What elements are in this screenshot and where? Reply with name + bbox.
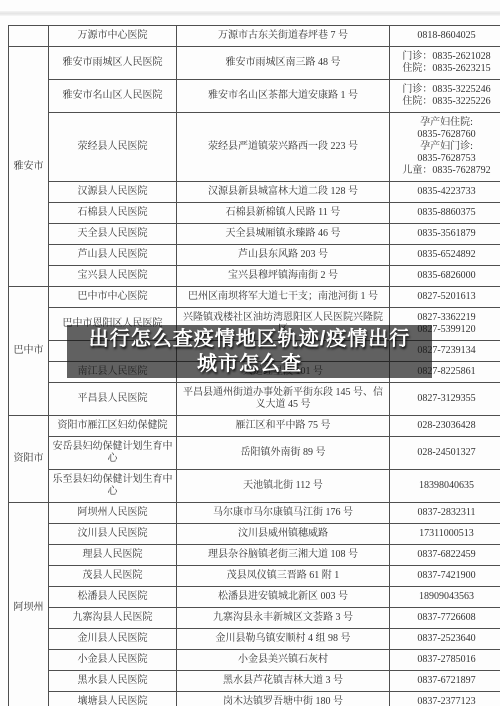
address-cell: 巴州区南坝将军大道七干支；南池河街 1 号 <box>177 287 390 308</box>
phone-line: 0835-3561879 <box>392 228 500 240</box>
phone-line: 0837-6822459 <box>392 549 500 561</box>
phone-line: 0827-3129355 <box>392 393 500 405</box>
table-row: 汶川县人民医院汶川县威州镇穗威路17311000513 <box>9 524 500 545</box>
phone-line: 门诊：0835-2621028 <box>392 51 500 63</box>
phone-line: 18909043563 <box>392 591 500 603</box>
phone-cell: 0835-3561879 <box>390 224 500 245</box>
address-cell: 金川县勒乌镇安顺村 4 组 98 号 <box>177 629 390 650</box>
phone-line: 0837-6721897 <box>392 675 500 687</box>
phone-line: 0835-7628753 <box>392 153 500 165</box>
phone-cell: 0835-6826000 <box>390 266 500 287</box>
table-row: 万源市中心医院万源市古东关街道春坪巷 7 号0818-8604025 <box>9 26 500 47</box>
address-cell: 雁江区和平中路 75 号 <box>177 416 390 437</box>
phone-line: 0835-6826000 <box>392 270 500 282</box>
table-row: 小金县人民医院小金县美兴镇石灰村0837-2785016 <box>9 650 500 671</box>
phone-line: 0827-5201613 <box>392 291 500 303</box>
hospital-name-cell: 巴中市中心医院 <box>49 287 177 308</box>
hospital-name-cell: 黑水县人民医院 <box>49 671 177 692</box>
phone-line: 0835-4223733 <box>392 186 500 198</box>
hospital-name-cell: 九寨沟县人民医院 <box>49 608 177 629</box>
region-cell: 资阳市 <box>9 416 49 503</box>
address-cell: 雅安市名山区茶都大道安康路 1 号 <box>177 80 390 113</box>
address-cell: 荥经县严道镇荥兴路西一段 223 号 <box>177 113 390 182</box>
region-cell <box>9 26 49 47</box>
address-cell: 九寨沟县永丰新城区文荟路 3 号 <box>177 608 390 629</box>
phone-line: 0837-2377123 <box>392 696 500 706</box>
phone-cell: 0835-6524892 <box>390 245 500 266</box>
phone-line: 0837-2832311 <box>392 507 500 519</box>
hospital-name-cell: 石棉县人民医院 <box>49 203 177 224</box>
table-row: 巴中市巴中市中心医院巴州区南坝将军大道七干支；南池河街 1 号0827-5201… <box>9 287 500 308</box>
phone-cell: 0837-2377123 <box>390 692 500 706</box>
address-cell: 万源市古东关街道春坪巷 7 号 <box>177 26 390 47</box>
address-cell: 天池镇北街 112 号 <box>177 470 390 503</box>
phone-cell: 0818-8604025 <box>390 26 500 47</box>
phone-cell: 0837-2832311 <box>390 503 500 524</box>
phone-cell: 17311000513 <box>390 524 500 545</box>
region-cell: 阿坝州 <box>9 503 49 706</box>
hospital-name-cell: 阿坝州人民医院 <box>49 503 177 524</box>
caption-line-2: 城市怎么查 <box>67 352 432 377</box>
table-row: 理县人民医院理县杂谷脑镇老街三湘大道 108 号0837-6822459 <box>9 545 500 566</box>
phone-cell: 0835-4223733 <box>390 182 500 203</box>
address-cell: 宝兴县穆坪镇海南街 2 号 <box>177 266 390 287</box>
address-cell: 茂县凤仪镇三晋路 61 附 1 <box>177 566 390 587</box>
table-row: 芦山县人民医院芦山县东风路 203 号0835-6524892 <box>9 245 500 266</box>
phone-line: 住院：0835-3225226 <box>392 96 500 108</box>
phone-cell: 门诊：0835-3225246住院：0835-3225226 <box>390 80 500 113</box>
table-row: 茂县人民医院茂县凤仪镇三晋路 61 附 10837-7421900 <box>9 566 500 587</box>
phone-cell: 028-23036428 <box>390 416 500 437</box>
phone-line: 0837-2785016 <box>392 654 500 666</box>
hospital-name-cell: 雅安市名山区人民医院 <box>49 80 177 113</box>
table-row: 黑水县人民医院黑水县芦花镇吉林大道 3 号0837-6721897 <box>9 671 500 692</box>
address-cell: 平昌县通州街道办事处新平街东段 145 号、信义大道 45 号 <box>177 383 390 416</box>
phone-line: 0835-7628760 <box>392 129 500 141</box>
phone-line: 028-24501327 <box>392 447 500 459</box>
hospital-name-cell: 安岳县妇幼保健计划生育中心 <box>49 437 177 470</box>
phone-line: 0827-3362219 <box>392 312 500 324</box>
address-cell: 马尔康市马尔康镇马江街 176 号 <box>177 503 390 524</box>
phone-line: 0837-2523640 <box>392 633 500 645</box>
phone-cell: 0837-2785016 <box>390 650 500 671</box>
table-row: 松潘县人民医院松潘县进安镇城北新区 003 号18909043563 <box>9 587 500 608</box>
address-cell: 天全县城厢镇永臻路 46 号 <box>177 224 390 245</box>
table-row: 雅安市名山区人民医院雅安市名山区茶都大道安康路 1 号门诊：0835-32252… <box>9 80 500 113</box>
hospital-name-cell: 汉源县人民医院 <box>49 182 177 203</box>
region-cell: 雅安市 <box>9 47 49 287</box>
phone-cell: 18398040635 <box>390 470 500 503</box>
page-top-edge-smudge <box>0 11 500 16</box>
table-row: 石棉县人民医院石棉县新棉镇人民路 11 号0835-8860375 <box>9 203 500 224</box>
address-cell: 芦山县东风路 203 号 <box>177 245 390 266</box>
phone-cell: 孕产妇住院:0835-7628760孕产妇门诊:0835-7628753儿童：0… <box>390 113 500 182</box>
hospital-name-cell: 宝兴县人民医院 <box>49 266 177 287</box>
hospital-name-cell: 理县人民医院 <box>49 545 177 566</box>
hospital-name-cell: 万源市中心医院 <box>49 26 177 47</box>
phone-cell: 0837-6822459 <box>390 545 500 566</box>
table-row: 壤塘县人民医院岗木达镇罗吾塘中街 180 号0837-2377123 <box>9 692 500 706</box>
phone-line: 儿童：0835-7628792 <box>392 165 500 177</box>
phone-cell: 0837-2523640 <box>390 629 500 650</box>
hospital-name-cell: 金川县人民医院 <box>49 629 177 650</box>
phone-cell: 0837-7421900 <box>390 566 500 587</box>
phone-line: 0835-8860375 <box>392 207 500 219</box>
hospital-name-cell: 天全县人民医院 <box>49 224 177 245</box>
phone-line: 孕产妇门诊: <box>392 141 500 153</box>
hospital-name-cell: 雅安市雨城区人民医院 <box>49 47 177 80</box>
table-row: 宝兴县人民医院宝兴县穆坪镇海南街 2 号0835-6826000 <box>9 266 500 287</box>
hospital-name-cell: 乐至县妇幼保健计划生育中心 <box>49 470 177 503</box>
address-cell: 雅安市雨城区南三路 48 号 <box>177 47 390 80</box>
phone-cell: 0827-5201613 <box>390 287 500 308</box>
phone-cell: 0837-6721897 <box>390 671 500 692</box>
phone-line: 17311000513 <box>392 528 500 540</box>
address-cell: 汉源县新县城富林大道二段 128 号 <box>177 182 390 203</box>
table-row: 平昌县人民医院平昌县通州街道办事处新平街东段 145 号、信义大道 45 号08… <box>9 383 500 416</box>
hospital-name-cell: 壤塘县人民医院 <box>49 692 177 706</box>
phone-cell: 门诊：0835-2621028住院：0835-2623215 <box>390 47 500 80</box>
phone-cell: 028-24501327 <box>390 437 500 470</box>
table-row: 金川县人民医院金川县勒乌镇安顺村 4 组 98 号0837-2523640 <box>9 629 500 650</box>
hospital-name-cell: 芦山县人民医院 <box>49 245 177 266</box>
phone-line: 028-23036428 <box>392 420 500 432</box>
address-cell: 松潘县进安镇城北新区 003 号 <box>177 587 390 608</box>
phone-line: 住院：0835-2623215 <box>392 63 500 75</box>
hospital-name-cell: 茂县人民医院 <box>49 566 177 587</box>
hospital-name-cell: 汶川县人民医院 <box>49 524 177 545</box>
table-row: 阿坝州阿坝州人民医院马尔康市马尔康镇马江街 176 号0837-2832311 <box>9 503 500 524</box>
phone-cell: 0837-7726608 <box>390 608 500 629</box>
table-row: 雅安市雅安市雨城区人民医院雅安市雨城区南三路 48 号门诊：0835-26210… <box>9 47 500 80</box>
hospital-name-cell: 小金县人民医院 <box>49 650 177 671</box>
caption-line-1: 出行怎么查疫情地区轨迹/疫情出行 <box>67 327 432 352</box>
phone-line: 0835-6524892 <box>392 249 500 261</box>
phone-line: 门诊：0835-3225246 <box>392 84 500 96</box>
address-cell: 岗木达镇罗吾塘中街 180 号 <box>177 692 390 706</box>
phone-line: 孕产妇住院: <box>392 117 500 129</box>
address-cell: 岳阳镇外南街 89 号 <box>177 437 390 470</box>
phone-cell: 18909043563 <box>390 587 500 608</box>
region-cell: 巴中市 <box>9 287 49 416</box>
hospital-name-cell: 松潘县人民医院 <box>49 587 177 608</box>
phone-cell: 0827-3129355 <box>390 383 500 416</box>
phone-cell: 0835-8860375 <box>390 203 500 224</box>
phone-line: 18398040635 <box>392 480 500 492</box>
table-row: 九寨沟县人民医院九寨沟县永丰新城区文荟路 3 号0837-7726608 <box>9 608 500 629</box>
table-row: 资阳市资阳市雁江区妇幼保健院雁江区和平中路 75 号028-23036428 <box>9 416 500 437</box>
hospital-name-cell: 平昌县人民医院 <box>49 383 177 416</box>
table-row: 乐至县妇幼保健计划生育中心天池镇北街 112 号18398040635 <box>9 470 500 503</box>
address-cell: 汶川县威州镇穗威路 <box>177 524 390 545</box>
table-row: 荥经县人民医院荥经县严道镇荥兴路西一段 223 号孕产妇住院:0835-7628… <box>9 113 500 182</box>
phone-line: 0818-8604025 <box>392 30 500 42</box>
table-row: 汉源县人民医院汉源县新县城富林大道二段 128 号0835-4223733 <box>9 182 500 203</box>
phone-line: 0837-7726608 <box>392 612 500 624</box>
table-row: 安岳县妇幼保健计划生育中心岳阳镇外南街 89 号028-24501327 <box>9 437 500 470</box>
hospital-name-cell: 资阳市雁江区妇幼保健院 <box>49 416 177 437</box>
address-cell: 理县杂谷脑镇老街三湘大道 108 号 <box>177 545 390 566</box>
phone-line: 0837-7421900 <box>392 570 500 582</box>
page-background: 万源市中心医院万源市古东关街道春坪巷 7 号0818-8604025雅安市雅安市… <box>0 0 500 706</box>
hospital-name-cell: 荥经县人民医院 <box>49 113 177 182</box>
caption-overlay: 出行怎么查疫情地区轨迹/疫情出行 城市怎么查 <box>67 325 432 378</box>
address-cell: 石棉县新棉镇人民路 11 号 <box>177 203 390 224</box>
address-cell: 小金县美兴镇石灰村 <box>177 650 390 671</box>
table-row: 天全县人民医院天全县城厢镇永臻路 46 号0835-3561879 <box>9 224 500 245</box>
address-cell: 黑水县芦花镇吉林大道 3 号 <box>177 671 390 692</box>
